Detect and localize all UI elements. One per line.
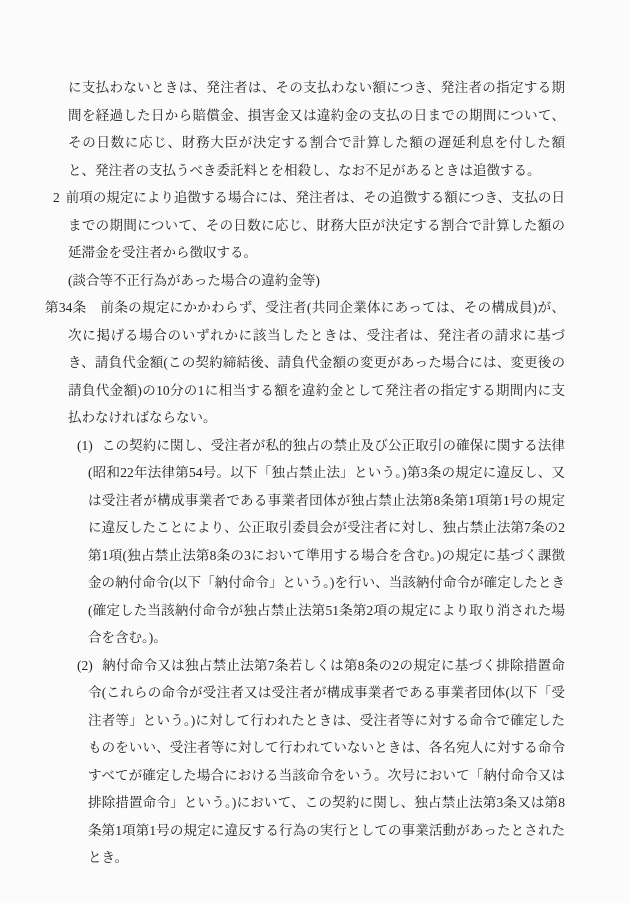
item-2-text: 納付命令又は独占禁止法第7条若しくは第8条の2の規定に基づく排除措置命令(これら…	[88, 658, 565, 866]
article-number: 第34条	[45, 300, 87, 315]
clause-text: 前項の規定により追徴する場合には、発注者は、その追徴する額につき、支払の日までの…	[66, 190, 565, 260]
section-heading: (談合等不正行為があった場合の違約金等)	[68, 267, 565, 295]
article-34-paragraph: 第34条前条の規定にかかわらず、受注者(共同企業体にあっては、その構成員)が、次…	[68, 294, 565, 432]
document-page: に支払わないときは、発注者は、その支払わない額につき、発注者の指定する期間を経過…	[0, 0, 630, 903]
paragraph-text: に支払わないときは、発注者は、その支払わない額につき、発注者の指定する期間を経過…	[68, 80, 565, 178]
item-1-text: この契約に関し、受注者が私的独占の禁止及び公正取引の確保に関する法律(昭和22年…	[88, 438, 565, 646]
clause-number: 2	[53, 190, 60, 205]
article-text: 前条の規定にかかわらず、受注者(共同企業体にあっては、その構成員)が、次に掲げる…	[68, 300, 565, 425]
item-2-number: (2)	[77, 658, 93, 673]
item-2-paragraph: (2)納付命令又は独占禁止法第7条若しくは第8条の2の規定に基づく排除措置命令(…	[88, 652, 565, 872]
item-1-paragraph: (1)この契約に関し、受注者が私的独占の禁止及び公正取引の確保に関する法律(昭和…	[88, 432, 565, 652]
item-1-number: (1)	[77, 438, 93, 453]
clause-2-paragraph: 2前項の規定により追徴する場合には、発注者は、その追徴する額につき、支払の日まで…	[68, 184, 565, 267]
continuation-paragraph: に支払わないときは、発注者は、その支払わない額につき、発注者の指定する期間を経過…	[68, 74, 565, 184]
section-heading-text: (談合等不正行為があった場合の違約金等)	[68, 273, 320, 288]
